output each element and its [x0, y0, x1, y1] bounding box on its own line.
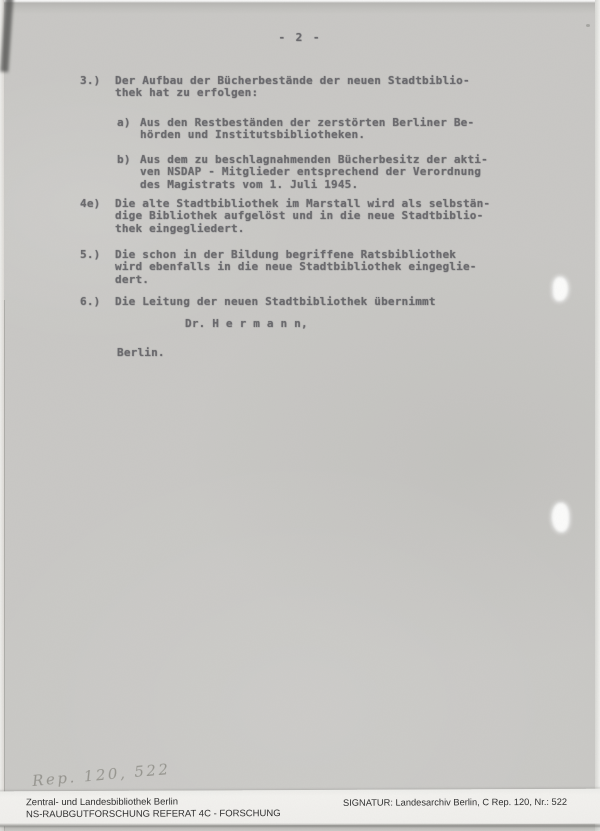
scan-right-edge — [595, 0, 600, 831]
item-marker: 3.) — [80, 75, 115, 100]
footer-institution: Zentral- und Landesbibliothek Berlin NS-… — [26, 796, 281, 820]
item-text-line: dert. — [115, 274, 477, 286]
item-marker: b) — [117, 154, 140, 191]
list-item-4: 4e) Die alte Stadtbibliothek im Marstall… — [80, 198, 490, 235]
item-text: Die Leitung der neuen Stadtbibliothek üb… — [115, 296, 436, 308]
item-text: Aus dem zu beschlagnahmenden Bücherbesit… — [140, 154, 488, 191]
list-subitem-a: a) Aus den Restbeständen der zerstörten … — [117, 117, 474, 142]
item-text-line: des Magistrats vom 1. Juli 1945. — [140, 179, 488, 191]
signature-name: Dr. H e r m a n n, — [185, 318, 308, 330]
item-text: Die alte Stadtbibliothek im Marstall wir… — [115, 198, 490, 235]
item-marker: a) — [117, 117, 140, 142]
item-text-line: Die Leitung der neuen Stadtbibliothek üb… — [115, 296, 436, 308]
item-marker: 6.) — [80, 296, 115, 308]
signature-place: Berlin. — [117, 347, 165, 359]
punch-hole-bottom — [551, 502, 570, 533]
item-text-line: thek eingegliedert. — [115, 223, 490, 235]
scan-left-edge-line — [4, 300, 5, 831]
punch-hole-top — [552, 276, 569, 302]
item-marker: 4e) — [80, 198, 115, 235]
item-text: Aus den Restbeständen der zerstörten Ber… — [140, 117, 474, 142]
scan-speck — [586, 24, 590, 27]
item-marker: 5.) — [80, 249, 115, 286]
item-text: Die schon in der Bildung begriffene Rats… — [115, 249, 477, 286]
footer-signature: SIGNATUR: Landesarchiv Berlin, C Rep. 12… — [343, 797, 567, 808]
list-subitem-b: b) Aus dem zu beschlagnahmenden Bücherbe… — [117, 154, 488, 191]
handwritten-archive-note: Rep. 120, 522 — [31, 760, 171, 790]
item-text-line: dige Bibliothek aufgelöst und in die neu… — [115, 210, 490, 222]
list-item-6: 6.) Die Leitung der neuen Stadtbibliothe… — [80, 296, 436, 308]
item-text: Der Aufbau der Bücherbestände der neuen … — [115, 75, 470, 100]
archive-footer-strip: Zentral- und Landesbibliothek Berlin NS-… — [0, 789, 600, 827]
list-item-3: 3.) Der Aufbau der Bücherbestände der ne… — [80, 75, 470, 100]
item-text-line: thek hat zu erfolgen: — [115, 87, 470, 99]
item-text-line: ven NSDAP - Mitglieder entsprechend der … — [140, 166, 488, 178]
item-text-line: wird ebenfalls in die neue Stadtbiblioth… — [115, 261, 477, 273]
page-number: - 2 - — [0, 32, 600, 44]
scanned-document-page: - 2 - 3.) Der Aufbau der Bücherbestände … — [0, 0, 600, 831]
scan-top-edge — [0, 0, 600, 14]
item-text-line: hörden und Institutsbibliotheken. — [140, 129, 474, 141]
footer-institution-line2: NS-RAUBGUTFORSCHUNG REFERAT 4C - FORSCHU… — [26, 808, 281, 821]
scan-bottom-edge — [0, 823, 600, 831]
list-item-5: 5.) Die schon in der Bildung begriffene … — [80, 249, 477, 286]
